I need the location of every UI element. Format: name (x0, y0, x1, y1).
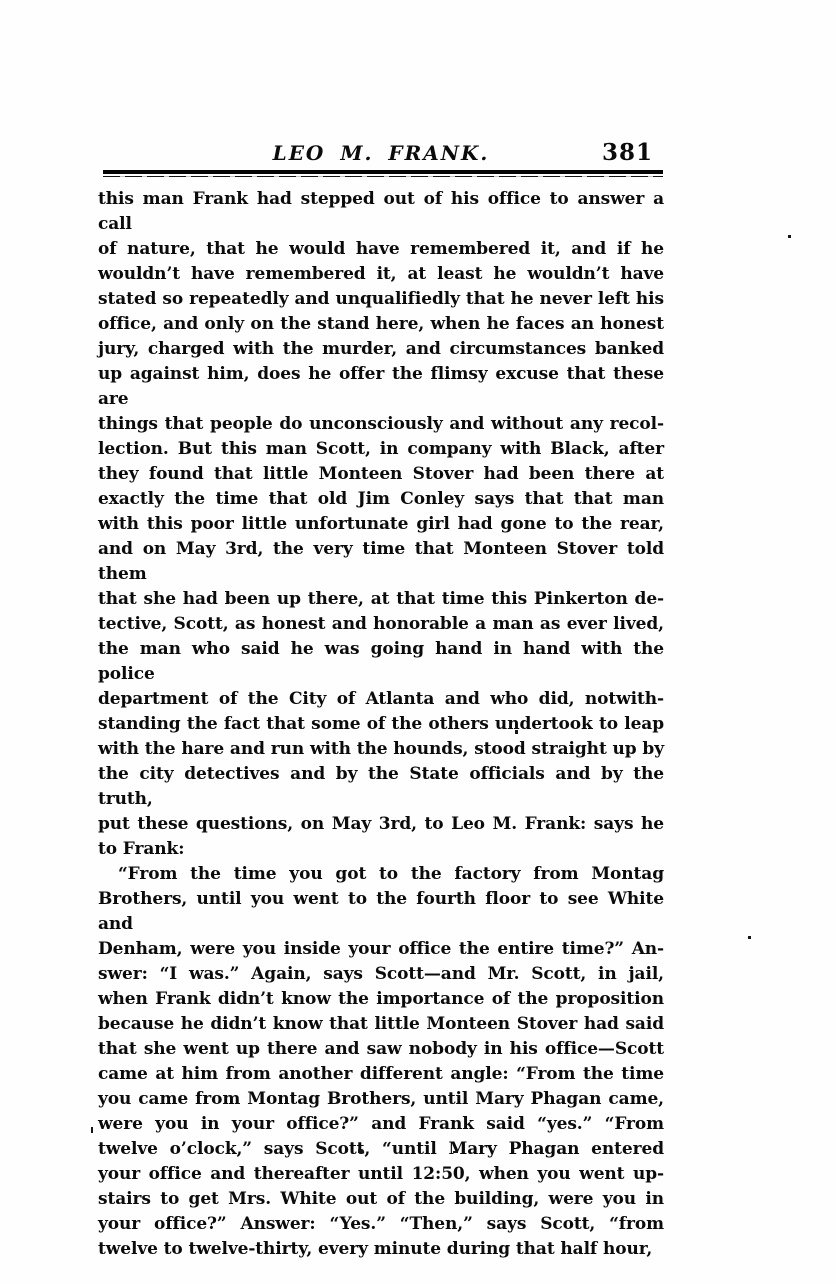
text-line: when Frank didn’t know the importance of… (98, 987, 664, 1012)
text-line: stated so repeatedly and unqualifiedly t… (98, 287, 664, 312)
text-line: came at him from another different angle… (98, 1062, 664, 1087)
text-line: exactly the time that old Jim Conley say… (98, 487, 664, 512)
text-line: tective, Scott, as honest and honorable … (98, 612, 664, 637)
text-line: to Frank: (98, 837, 664, 862)
text-line: twelve o’clock,” says Scott, “until Mary… (98, 1137, 664, 1162)
text-line: with this poor little unfortunate girl h… (98, 512, 664, 537)
text-column: this man Frank had stepped out of his of… (98, 187, 664, 1262)
scan-speck (515, 730, 518, 734)
scan-speck (788, 235, 791, 238)
scan-speck (748, 936, 751, 939)
text-line: and on May 3rd, the very time that Monte… (98, 537, 664, 587)
text-line: up against him, does he offer the flimsy… (98, 362, 664, 412)
header-rule-thin (103, 176, 663, 177)
text-line: office, and only on the stand here, when… (98, 312, 664, 337)
text-line: were you in your office?” and Frank said… (98, 1112, 664, 1137)
text-line: Brothers, until you went to the fourth f… (98, 887, 664, 937)
text-line: that she had been up there, at that time… (98, 587, 664, 612)
text-line: “From the time you got to the factory fr… (98, 862, 664, 887)
text-line: put these questions, on May 3rd, to Leo … (98, 812, 664, 837)
text-line: twelve to twelve-thirty, every minute du… (98, 1237, 664, 1262)
text-line: of nature, that he would have remembered… (98, 237, 664, 262)
header-rule (103, 170, 663, 177)
scan-speck (91, 1127, 93, 1133)
text-line: your office?” Answer: “Yes.” “Then,” say… (98, 1212, 664, 1237)
header-rule-thick (103, 170, 663, 174)
text-line: your office and thereafter until 12:50, … (98, 1162, 664, 1187)
text-line: swer: “I was.” Again, says Scott—and Mr.… (98, 962, 664, 987)
book-page: LEO M. FRANK. 381 this man Frank had ste… (0, 0, 836, 1284)
page-header: LEO M. FRANK. 381 (98, 139, 664, 167)
text-line: that she went up there and saw nobody in… (98, 1037, 664, 1062)
text-line: things that people do unconsciously and … (98, 412, 664, 437)
text-line: the man who said he was going hand in ha… (98, 637, 664, 687)
text-line: jury, charged with the murder, and circu… (98, 337, 664, 362)
text-line: department of the City of Atlanta and wh… (98, 687, 664, 712)
text-line: standing the fact that some of the other… (98, 712, 664, 737)
text-line: the city detectives and by the State off… (98, 762, 664, 812)
text-line: because he didn’t know that little Monte… (98, 1012, 664, 1037)
page-number: 381 (602, 139, 653, 166)
text-line: they found that little Monteen Stover ha… (98, 462, 664, 487)
text-line: with the hare and run with the hounds, s… (98, 737, 664, 762)
text-line: stairs to get Mrs. White out of the buil… (98, 1187, 664, 1212)
scan-speck (453, 1151, 458, 1153)
running-title: LEO M. FRANK. (98, 141, 664, 165)
text-line: Denham, were you inside your office the … (98, 937, 664, 962)
text-line: lection. But this man Scott, in company … (98, 437, 664, 462)
text-line: wouldn’t have remembered it, at least he… (98, 262, 664, 287)
text-line: this man Frank had stepped out of his of… (98, 187, 664, 237)
scan-speck (358, 1149, 364, 1153)
text-line: you came from Montag Brothers, until Mar… (98, 1087, 664, 1112)
